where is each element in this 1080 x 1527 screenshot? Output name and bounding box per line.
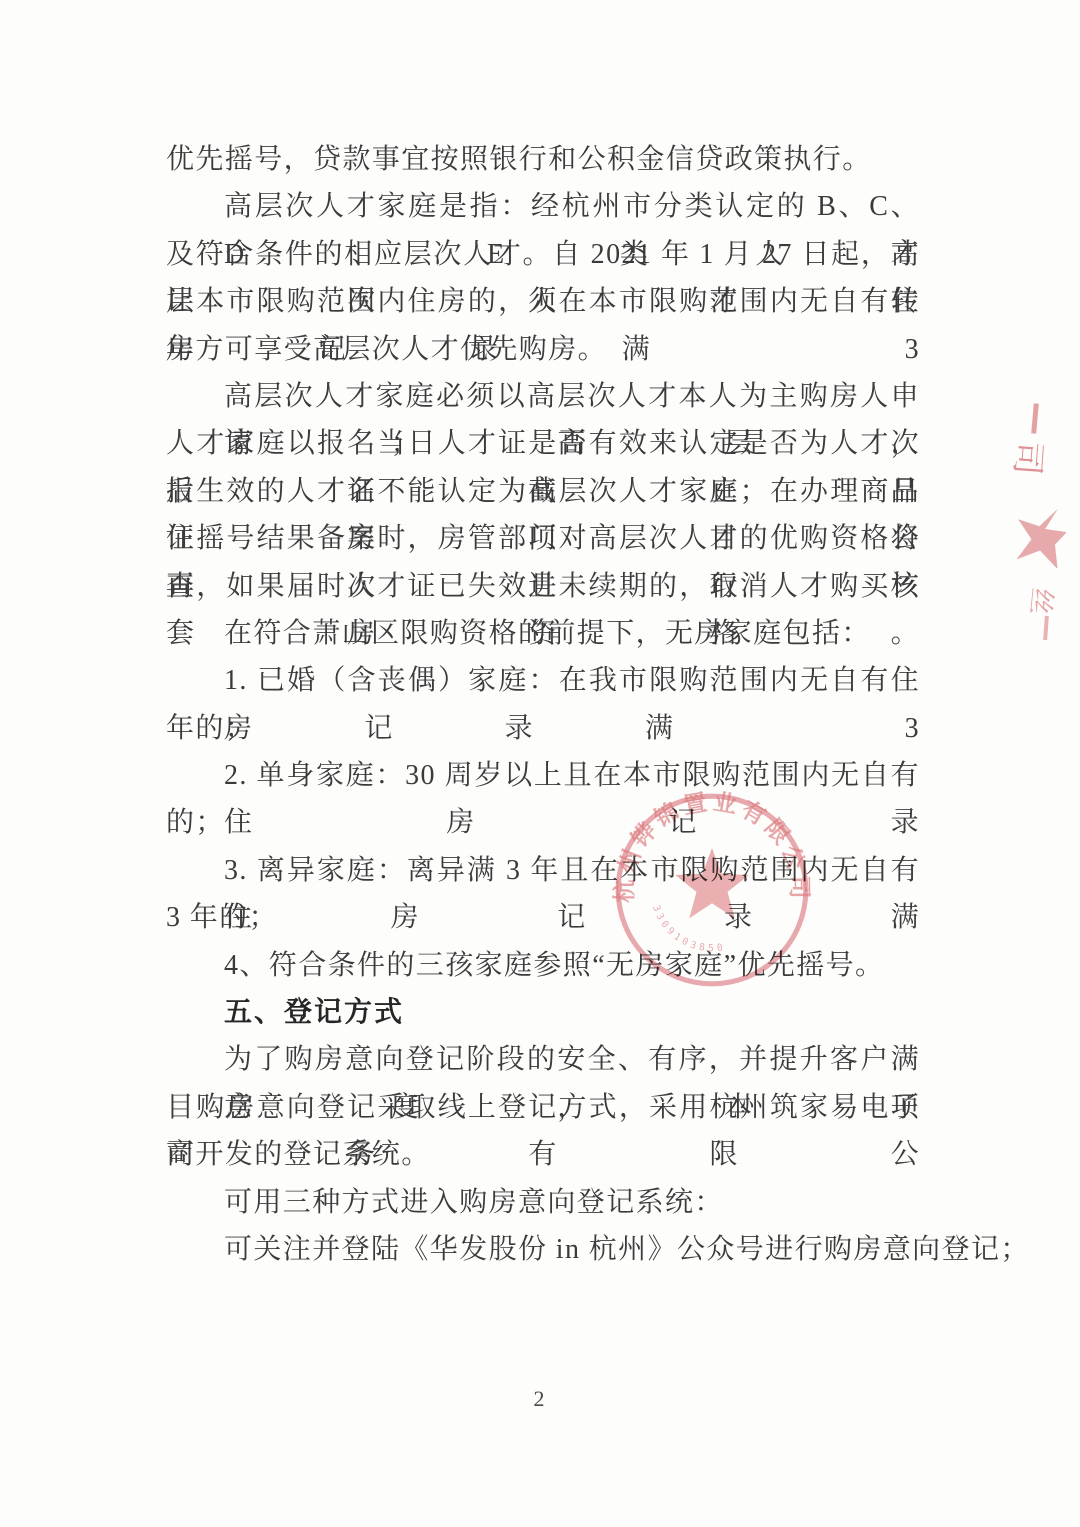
text-line: 为了购房意向登记阶段的安全、有序，并提升客户满意度，本项 [166, 1036, 920, 1083]
text-line: 人才家庭以报名当日人才证是否有效来认定是否为人才，报名截止日 [166, 420, 920, 467]
text-line: 可用三种方式进入购房意向登记系统： [166, 1179, 920, 1226]
page-number: 2 [524, 1386, 554, 1412]
text-line: 高层次人才家庭必须以高层次人才本人为主购房人申请；高层次 [166, 373, 920, 420]
text-line: 证摇号结果备案时，房管部门对高层次人才的优购资格将再次进行核 [166, 515, 920, 562]
edge-stamp-stroke [1043, 616, 1049, 640]
text-line: 让本市限购范围内住房的，须在本市限购范围内无自有住房记录满 3 [166, 278, 920, 325]
text-line: 及符合条件的相应层次人才。自 2021 年 1 月 27 日起，高层次人才转 [166, 231, 920, 278]
edge-stamp-character: 司 [1005, 440, 1056, 477]
text-line: 高层次人才家庭是指：经杭州市分类认定的 B、C、D、E 类人才 [166, 183, 920, 230]
svg-text:3309103850: 3309103850 [650, 904, 727, 954]
company-seal: 杭州铧锦置业有限公司 3309103850 [610, 788, 814, 992]
text-line: 优先摇号，贷款事宜按照银行和公积金信贷政策执行。 [166, 136, 920, 183]
edge-stamp-stroke [1031, 403, 1039, 433]
document-body: 优先摇号，贷款事宜按照银行和公积金信贷政策执行。 高层次人才家庭是指：经杭州市分… [166, 136, 920, 1273]
text-line: 可关注并登陆《华发股份 in 杭州》公众号进行购房意向登记； [166, 1226, 920, 1273]
seal-star-icon [675, 848, 749, 918]
text-line: 在符合萧山区限购资格的前提下，无房家庭包括： [166, 610, 920, 657]
seal-credit-code: 3309103850 [650, 904, 727, 954]
edge-stamp-fragments: 司 丝 [1000, 400, 1080, 660]
edge-stamp-star-fragment [1008, 504, 1066, 568]
edge-star-icon [1008, 504, 1066, 568]
document-page: 优先摇号，贷款事宜按照银行和公积金信贷政策执行。 高层次人才家庭是指：经杭州市分… [0, 0, 1080, 1527]
text-line: 查，如果届时人才证已失效且未续期的，取消人才购买该套房资格。 [166, 563, 920, 610]
text-line: 目购房意向登记采取线上登记方式，采用杭州筑家易电子商务有限公 [166, 1084, 920, 1131]
company-seal-graphic: 杭州铧锦置业有限公司 3309103850 [610, 788, 814, 992]
edge-stamp-character: 丝 [1023, 586, 1065, 617]
text-line: 后生效的人才证不能认定为高层次人才家庭；在办理商品住房项目公 [166, 468, 920, 515]
section-heading: 五、登记方式 [166, 989, 920, 1036]
list-item-1: 1. 已婚（含丧偶）家庭：在我市限购范围内无自有住房记录满 3 [166, 657, 920, 704]
